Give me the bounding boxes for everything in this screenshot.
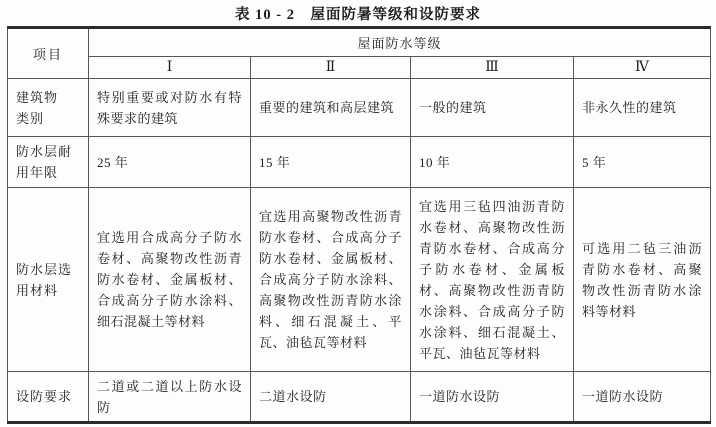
corner-header-item: 项目: [8, 28, 89, 79]
cell-requirements-grade4: 一道防水设防: [574, 372, 711, 423]
cell-materials-grade4: 可选用二毡三油沥青防水卷材、高聚物改性沥青防水涂料等材料: [574, 188, 711, 372]
table-row-materials: 防水层选 用材料 宜选用合成高分子防水卷材、高聚物改性沥青防水卷材、金属板材、合…: [8, 188, 711, 372]
roof-waterproofing-grade-table: 项目 屋面防水等级 Ⅰ Ⅱ Ⅲ Ⅳ 建筑物 类别 特别重要或对防水有特殊要求的建…: [7, 26, 711, 424]
cell-requirements-grade2: 二道水设防: [251, 372, 411, 423]
cell-materials-grade1: 宜选用合成高分子防水卷材、高聚物改性沥青防水卷材、金属板材、合成高分子防水涂料、…: [89, 188, 251, 372]
cell-building-grade1: 特别重要或对防水有特殊要求的建筑: [89, 79, 251, 137]
group-header-waterproof-grade: 屋面防水等级: [89, 28, 711, 57]
cell-years-grade2: 15 年: [251, 137, 411, 188]
table-row-requirements: 设防要求 二道或二道以上防水设防 二道水设防 一道防水设防 一道防水设防: [8, 372, 711, 423]
header-row-grades: Ⅰ Ⅱ Ⅲ Ⅳ: [8, 57, 711, 79]
cell-materials-grade2: 宜选用高聚物改性沥青防水卷材、合成高分子防水卷材、金属板材、合成高分子防水涂料、…: [251, 188, 411, 372]
cell-materials-grade3: 宜选用三毡四油沥青防水卷材、高聚物改性沥青防水卷材、合成高分子防水卷材、金属板材…: [411, 188, 574, 372]
document-page: 表 10 - 2 屋面防暑等级和设防要求 项目 屋面防水等级 Ⅰ Ⅱ Ⅲ Ⅳ 建…: [0, 0, 716, 427]
header-row-group: 项目 屋面防水等级: [8, 28, 711, 57]
cell-requirements-grade1: 二道或二道以上防水设防: [89, 372, 251, 423]
cell-years-grade1: 25 年: [89, 137, 251, 188]
cell-building-grade2: 重要的建筑和高层建筑: [251, 79, 411, 137]
cell-building-grade3: 一般的建筑: [411, 79, 574, 137]
cell-years-grade3: 10 年: [411, 137, 574, 188]
table-title: 表 10 - 2 屋面防暑等级和设防要求: [0, 3, 716, 24]
row-label-requirements: 设防要求: [8, 372, 89, 423]
row-label-building-category: 建筑物 类别: [8, 79, 89, 137]
cell-years-grade4: 5 年: [574, 137, 711, 188]
row-label-durability-years: 防水层耐 用年限: [8, 137, 89, 188]
table-row-building-category: 建筑物 类别 特别重要或对防水有特殊要求的建筑 重要的建筑和高层建筑 一般的建筑…: [8, 79, 711, 137]
grade-header-3: Ⅲ: [411, 57, 574, 79]
grade-header-4: Ⅳ: [574, 57, 711, 79]
cell-requirements-grade3: 一道防水设防: [411, 372, 574, 423]
table-row-durability-years: 防水层耐 用年限 25 年 15 年 10 年 5 年: [8, 137, 711, 188]
row-label-materials: 防水层选 用材料: [8, 188, 89, 372]
grade-header-1: Ⅰ: [89, 57, 251, 79]
grade-header-2: Ⅱ: [251, 57, 411, 79]
cell-building-grade4: 非永久性的建筑: [574, 79, 711, 137]
